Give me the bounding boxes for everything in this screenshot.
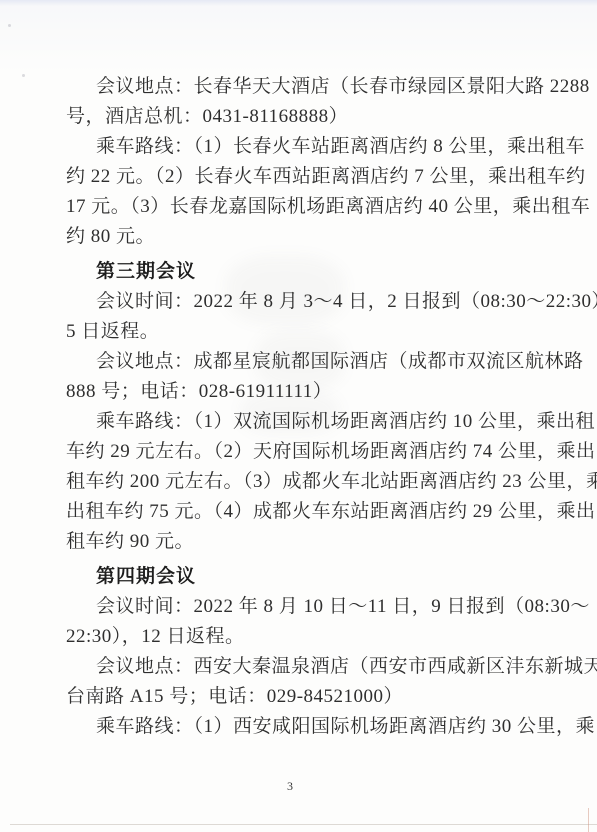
scan-artifact-hline [10,824,597,825]
text-line-time: 会议时间：2022 年 8 月 10 日～11 日，9 日报到（08:30～ [66,592,542,622]
text-line-venue: 会议地点：长春华天大酒店（长春市绿园区景阳大路 2288 [66,72,542,102]
text-line-route: 乘车路线：（1）西安咸阳国际机场距离酒店约 30 公里，乘 [66,712,542,742]
text-line-route: 出租车约 75 元。（4）成都火车东站距离酒店约 29 公里，乘出 [66,497,542,527]
scan-top-band [0,0,597,74]
text-line-route: 车约 29 元左右。（2）天府国际机场距离酒店约 74 公里，乘出 [66,437,542,467]
scan-top-edge [0,0,597,6]
page-number: 3 [282,779,298,794]
text-line-route: 约 22 元。（2）长春火车西站距离酒店约 7 公里，乘出租车约 [66,162,542,192]
text-line-time: 会议时间：2022 年 8 月 3～4 日，2 日报到（08:30～22:30）… [66,287,542,317]
text-line-route: 租车约 90 元。 [66,527,542,557]
document-body: 会议地点：长春华天大酒店（长春市绿园区景阳大路 2288 号，酒店总机：0431… [66,72,542,742]
scan-speck [22,74,25,77]
text-line-route: 17 元。（3）长春龙嘉国际机场距离酒店约 40 公里，乘出租车 [66,192,542,222]
scan-speck [8,24,11,27]
section-heading-fourth-meeting: 第四期会议 [66,562,542,592]
text-line-venue: 会议地点：西安大秦温泉酒店（西安市西咸新区沣东新城天 [66,652,542,682]
text-line-route: 乘车路线：（1）双流国际机场距离酒店约 10 公里，乘出租 [66,407,542,437]
text-line-route: 约 80 元。 [66,222,542,252]
text-line-venue: 会议地点：成都星宸航都国际酒店（成都市双流区航林路 [66,347,542,377]
text-line-venue: 台南路 A15 号；电话：029-84521000） [66,682,542,712]
text-line-route: 乘车路线：（1）长春火车站距离酒店约 8 公里，乘出租车 [66,132,542,162]
scan-artifact-vline [588,808,589,832]
text-line-venue: 888 号；电话：028-61911111） [66,377,542,407]
text-line-route: 租车约 200 元左右。（3）成都火车北站距离酒店约 23 公里，乘 [66,467,542,497]
document-page: 会议地点：长春华天大酒店（长春市绿园区景阳大路 2288 号，酒店总机：0431… [0,0,597,832]
text-line-time: 5 日返程。 [66,317,542,347]
section-heading-third-meeting: 第三期会议 [66,257,542,287]
text-line-time: 22:30），12 日返程。 [66,622,542,652]
text-line-venue: 号，酒店总机：0431-81168888） [66,102,542,132]
